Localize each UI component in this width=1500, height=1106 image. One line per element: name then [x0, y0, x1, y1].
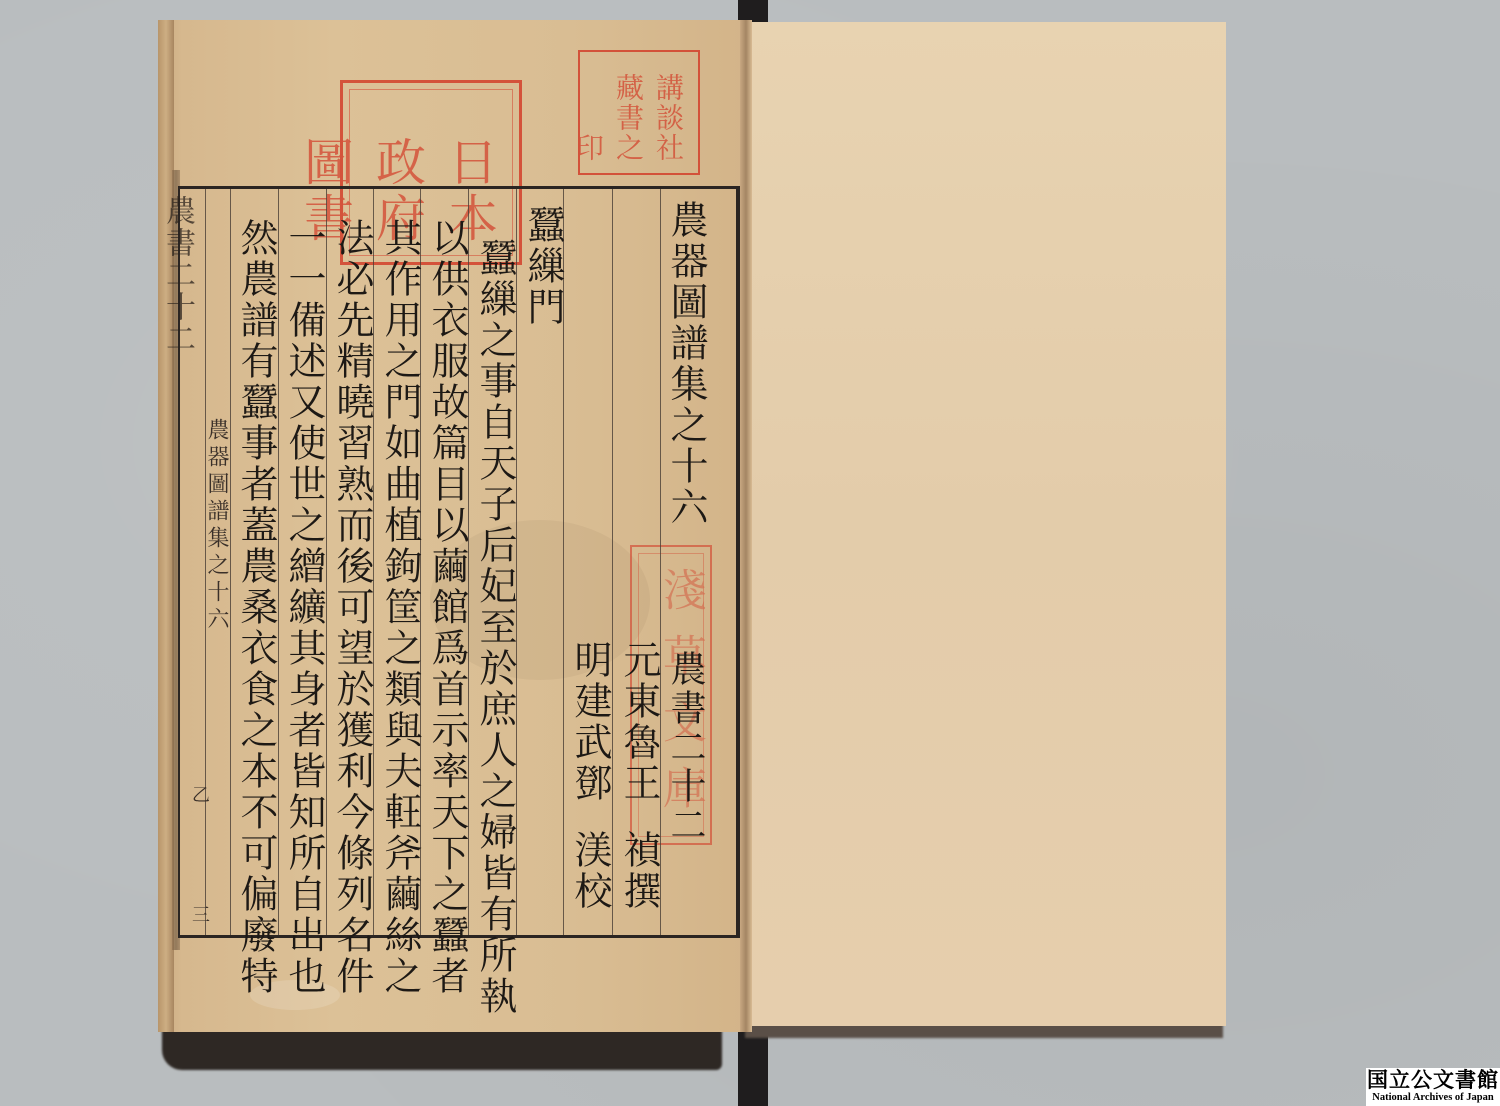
page-number: 三	[190, 905, 208, 926]
body-column-4: 法必先精曉習熟而後可望於獲利今條列名件	[333, 218, 371, 997]
right-page-blank	[748, 22, 1226, 1026]
chapter-title: 農器圖譜集之十六	[667, 200, 705, 528]
block-center-title: 農器圖譜集之十六	[205, 418, 227, 634]
editor-name-role: 渼校	[571, 830, 609, 912]
left-page-shadow	[162, 1030, 722, 1070]
series-label: 農書二十二	[667, 650, 703, 845]
logo-japanese-text: 国立公文書館	[1366, 1068, 1500, 1092]
column-rule	[326, 189, 327, 935]
column-rule	[230, 189, 231, 935]
spine-edge-text: 農書二十二	[162, 195, 192, 355]
body-column-2: 以供衣服故篇目以繭館爲首示率天下之蠶者	[428, 218, 466, 997]
book-gutter	[740, 20, 752, 1032]
column-rule	[660, 189, 661, 935]
seal-text: 講談社藏書之印	[588, 60, 690, 165]
fish-tail-mark: 乙	[190, 785, 208, 806]
column-rule	[278, 189, 279, 935]
seal-kodansha-collection: 講談社藏書之印	[578, 50, 700, 175]
editor-dynasty-place: 明建武鄧	[571, 640, 609, 804]
body-column-5: 一一備述又使世之繒纊其身者皆知所自出也	[285, 218, 323, 997]
author-name-role: 禎撰	[620, 830, 658, 912]
author-dynasty-place: 元東魯王	[620, 640, 658, 804]
frame-right-border	[736, 186, 740, 938]
column-rule	[612, 189, 613, 935]
logo-english-text: National Archives of Japan	[1366, 1092, 1500, 1104]
section-heading: 蠶繅門	[524, 205, 562, 328]
national-archives-logo: 国立公文書館 National Archives of Japan	[1366, 1068, 1500, 1106]
body-column-3: 其作用之門如曲植鉤筐之類與夫軖斧繭絲之	[381, 218, 419, 997]
body-column-1: 蠶繅之事自天子后妃至於庶人之婦皆有所執	[476, 238, 514, 1017]
body-column-6: 然農譜有蠶事者蓋農桑衣食之本不可偏廢特	[237, 218, 275, 997]
